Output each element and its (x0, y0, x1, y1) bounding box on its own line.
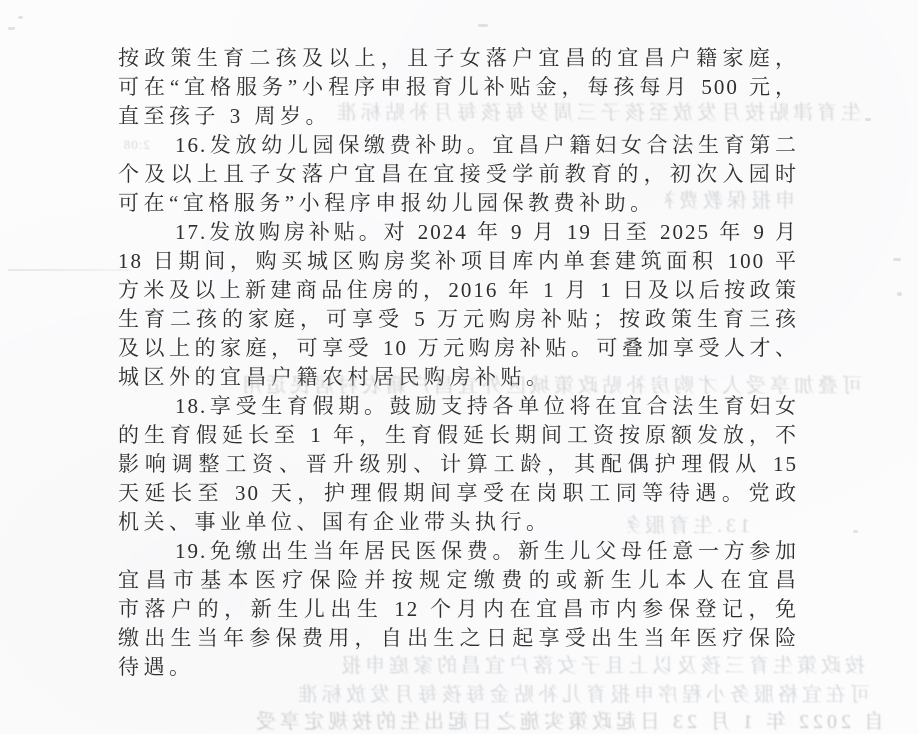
scan-speck (478, 24, 488, 27)
bleedthrough-text: 自 2022 年 1 月 23 日起政策实施之日起出生的按规定享受 (112, 710, 884, 734)
text-line: 16.发放幼儿园保缴费补助。宜昌户籍妇女合法生育第二 (118, 131, 798, 160)
text-line: 按政策生育二孩及以上，且子女落户宜昌的宜昌户籍家庭， (118, 44, 798, 73)
text-line: 18 日期间，购买城区购房奖补项目库内单套建筑面积 100 平 (118, 247, 798, 276)
text-line: 市落户的，新生儿出生 12 个月内在宜昌市内参保登记，免 (118, 595, 798, 624)
text-line: 机关、事业单位、国有企业带头执行。 (118, 508, 798, 537)
scan-streak (8, 269, 130, 271)
scan-speck (853, 530, 858, 533)
text-line: 可在“宜格服务”小程序申报育儿补贴金，每孩每月 500 元， (118, 73, 798, 102)
text-line: 生育二孩的家庭，可享受 5 万元购房补贴；按政策生育三孩 (118, 305, 798, 334)
text-line: 17.发放购房补贴。对 2024 年 9 月 19 日至 2025 年 9 月 (118, 218, 798, 247)
text-line: 个及以上且子女落户宜昌在宜接受学前教育的，初次入园时 (118, 160, 798, 189)
document-text-column: 按政策生育二孩及以上，且子女落户宜昌的宜昌户籍家庭，可在“宜格服务”小程序申报育… (118, 44, 798, 682)
scan-speck (897, 292, 902, 296)
text-line: 及以上的家庭，可享受 10 万元购房补贴。可叠加享受人才、 (118, 334, 798, 363)
text-line: 天延长至 30 天，护理假期间享受在岗职工同等待遇。党政 (118, 479, 798, 508)
scan-speck (865, 118, 871, 121)
scan-speck (8, 27, 15, 30)
bleedthrough-text: 可在宜格服务小程序申报育儿补贴金每孩每月发放标准 (130, 683, 870, 707)
text-line: 宜昌市基本医疗保险并按规定缴费的或新生儿本人在宜昌 (118, 566, 798, 595)
scanned-document-page: 按政策生育二孩及以上，且子女落户宜昌的宜昌户籍家庭，可在“宜格服务”小程序申报育… (0, 0, 918, 734)
scan-speck (893, 258, 901, 261)
text-line: 待遇。 (118, 653, 798, 682)
text-line: 直至孩子 3 周岁。 (118, 102, 798, 131)
text-line: 19.免缴出生当年居民医保费。新生儿父母任意一方参加 (118, 537, 798, 566)
text-line: 的生育假延长至 1 年，生育假延长期间工资按原额发放，不 (118, 421, 798, 450)
text-line: 城区外的宜昌户籍农村居民购房补贴。 (118, 363, 798, 392)
text-line: 影响调整工资、晋升级别、计算工龄，其配偶护理假从 15 (118, 450, 798, 479)
text-line: 方米及以上新建商品住房的，2016 年 1 月 1 日及以后按政策 (118, 276, 798, 305)
text-line: 18.享受生育假期。鼓励支持各单位将在宜合法生育妇女 (118, 392, 798, 421)
text-line: 缴出生当年参保费用，自出生之日起享受出生当年医疗保险 (118, 624, 798, 653)
text-line: 可在“宜格服务”小程序申报幼儿园保教费补助。 (118, 189, 798, 218)
scan-speck (18, 16, 23, 19)
